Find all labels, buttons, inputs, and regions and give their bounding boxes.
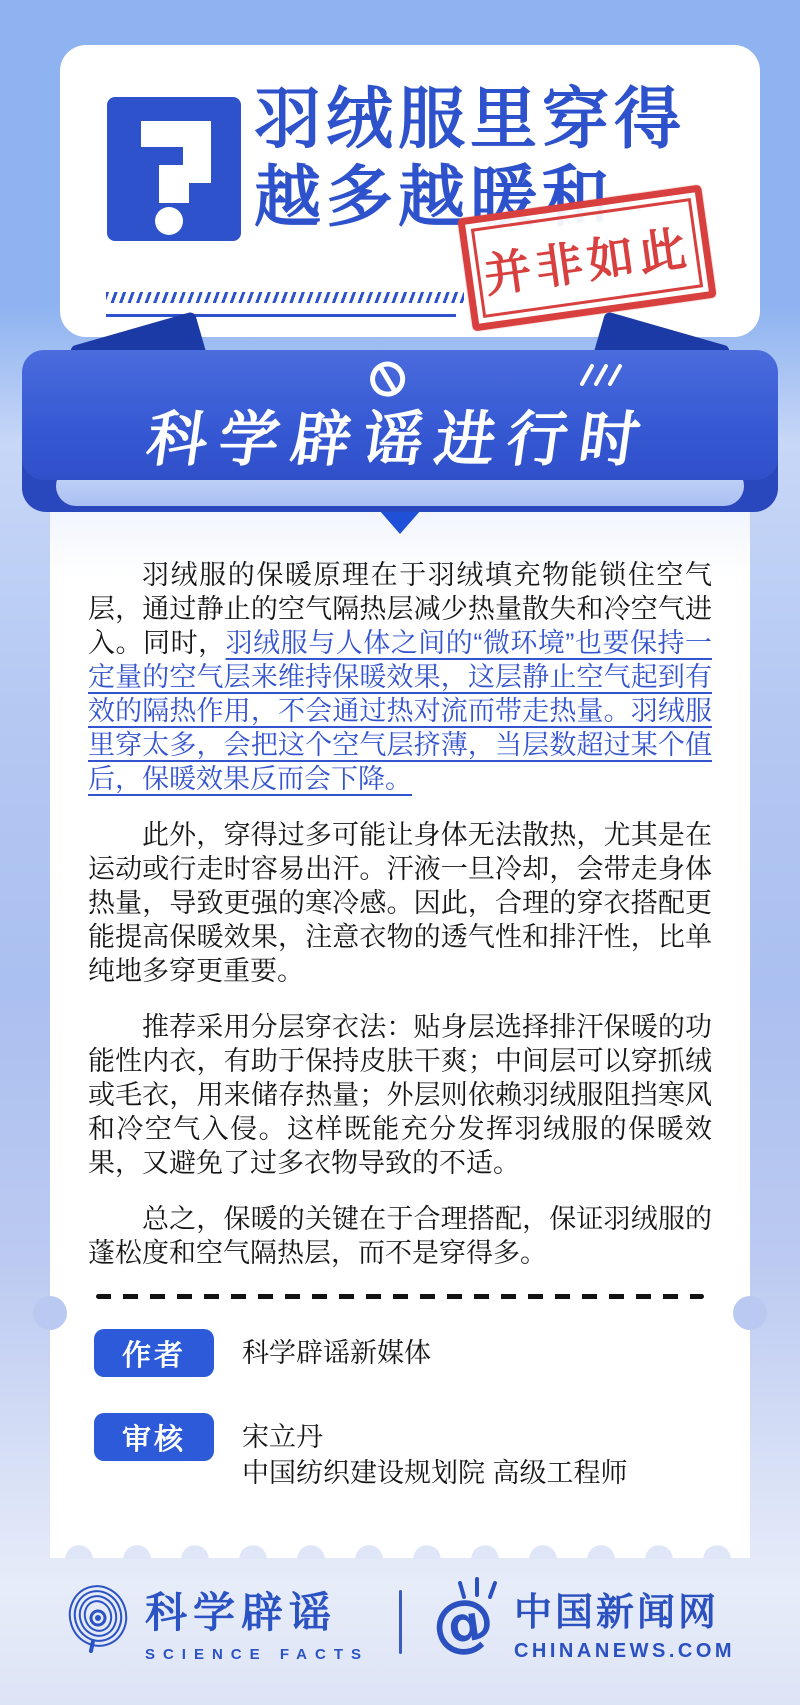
dashed-separator (96, 1294, 704, 1299)
chinanews-at-icon: @ (432, 1585, 502, 1659)
chinanews-logo: @ 中国新闻网 CHINANEWS.COM (432, 1581, 735, 1663)
science-facts-texts: 科学辟谣 SCIENCE FACTS (145, 1580, 369, 1663)
paragraph-3: 推荐采用分层穿衣法：贴身层选择排汗保暖的功能性内衣，有助于保持皮肤干爽；中间层可… (88, 1010, 712, 1180)
chinanews-subtitle: CHINANEWS.COM (514, 1640, 735, 1663)
footer-divider (399, 1590, 402, 1654)
ticket-notch-left (33, 1296, 67, 1330)
banner-panel: 科学辟谣进行时 (22, 350, 778, 480)
article-card: 羽绒服的保暖原理在于羽绒填充物能锁住空气层，通过静止的空气隔热层减少热量散失和冷… (50, 470, 750, 1558)
chinanews-texts: 中国新闻网 CHINANEWS.COM (514, 1581, 735, 1663)
science-debunk-poster: 羽绒服里穿得 越多越暖和 并非如此 科学辟谣进行时 (0, 0, 800, 1705)
verdict-stamp-text: 并非如此 (471, 198, 703, 318)
paragraph-2: 此外，穿得过多可能让身体无法散热，尤其是在运动或行走时容易出汗。汗液一旦冷却，会… (88, 818, 712, 988)
reviewer-row: 审核 宋立丹 中国纺织建设规划院 高级工程师 (88, 1413, 712, 1491)
footer-logos: 科学辟谣 SCIENCE FACTS @ 中国新闻网 CHINANEWS.COM (0, 1580, 800, 1663)
at-rays-icon (458, 1577, 498, 1604)
chinanews-title: 中国新闻网 (514, 1581, 719, 1636)
hatch-decoration (106, 292, 464, 303)
reviewer-value: 宋立丹 中国纺织建设规划院 高级工程师 (242, 1413, 628, 1491)
question-mark-icon (107, 97, 241, 241)
paragraph-4: 总之，保暖的关键在于合理搭配，保证羽绒服的蓬松度和空气隔热层，而不是穿得多。 (88, 1202, 712, 1270)
underline-rule (106, 314, 456, 317)
speed-marks-icon (578, 362, 624, 393)
paragraph-1: 羽绒服的保暖原理在于羽绒填充物能锁住空气层，通过静止的空气隔热层减少热量散失和冷… (88, 558, 712, 796)
author-row: 作者 科学辟谣新媒体 (88, 1329, 712, 1377)
ticket-scallop-edge (50, 1531, 750, 1559)
header-card: 羽绒服里穿得 越多越暖和 并非如此 (60, 45, 760, 337)
science-facts-title: 科学辟谣 (145, 1580, 337, 1640)
reviewer-name: 宋立丹 (242, 1419, 628, 1455)
science-facts-logo: 科学辟谣 SCIENCE FACTS (65, 1580, 369, 1663)
science-facts-swirl-icon (65, 1583, 133, 1660)
claim-title-line1: 羽绒服里穿得 (254, 81, 734, 159)
author-badge: 作者 (94, 1329, 214, 1377)
article-body: 羽绒服的保暖原理在于羽绒填充物能锁住空气层，通过静止的空气隔热层减少热量散失和冷… (88, 558, 712, 1270)
science-facts-subtitle: SCIENCE FACTS (145, 1646, 369, 1663)
reviewer-badge: 审核 (94, 1413, 214, 1461)
author-value: 科学辟谣新媒体 (242, 1329, 431, 1371)
ticket-notch-right (733, 1296, 767, 1330)
reviewer-affiliation: 中国纺织建设规划院 高级工程师 (242, 1455, 628, 1491)
section-banner: 科学辟谣进行时 (0, 326, 800, 526)
